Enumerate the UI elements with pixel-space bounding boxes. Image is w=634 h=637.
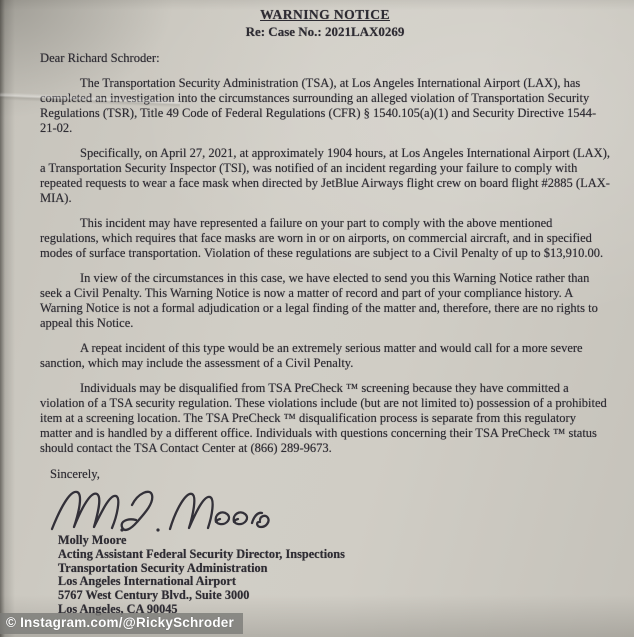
signatory-title: Acting Assistant Federal Security Direct… xyxy=(58,548,610,562)
handwritten-signature xyxy=(48,485,610,534)
paragraph-precheck: Individuals may be disqualified from TSA… xyxy=(40,381,610,456)
closing: Sincerely, xyxy=(40,467,610,482)
case-number-line: Re: Case No.: 2021LAX0269 xyxy=(40,24,610,40)
signatory-org: Transportation Security Administration xyxy=(58,562,610,576)
letter-header: WARNING NOTICE Re: Case No.: 2021LAX0269 xyxy=(40,6,610,40)
paragraph-investigation: The Transportation Security Administrati… xyxy=(40,76,610,136)
watermark-credit: © Instagram.com/@RickySchroder xyxy=(0,613,243,634)
salutation: Dear Richard Schroder: xyxy=(40,51,610,66)
paragraph-regulations: This incident may have represented a fai… xyxy=(40,216,610,261)
signature-script-icon xyxy=(48,485,283,534)
letter-document: WARNING NOTICE Re: Case No.: 2021LAX0269… xyxy=(0,0,634,637)
letter-title: WARNING NOTICE xyxy=(260,6,390,23)
paragraph-warning-notice: In view of the circumstances in this cas… xyxy=(40,271,610,331)
signatory-block: Molly Moore Acting Assistant Federal Sec… xyxy=(58,534,610,617)
signatory-location: Los Angeles International Airport xyxy=(58,575,610,589)
paragraph-repeat-incident: A repeat incident of this type would be … xyxy=(40,341,610,371)
signatory-name: Molly Moore xyxy=(58,534,610,548)
paragraph-incident-details: Specifically, on April 27, 2021, at appr… xyxy=(40,146,610,206)
signatory-address-line1: 5767 West Century Blvd., Suite 3000 xyxy=(58,589,610,603)
